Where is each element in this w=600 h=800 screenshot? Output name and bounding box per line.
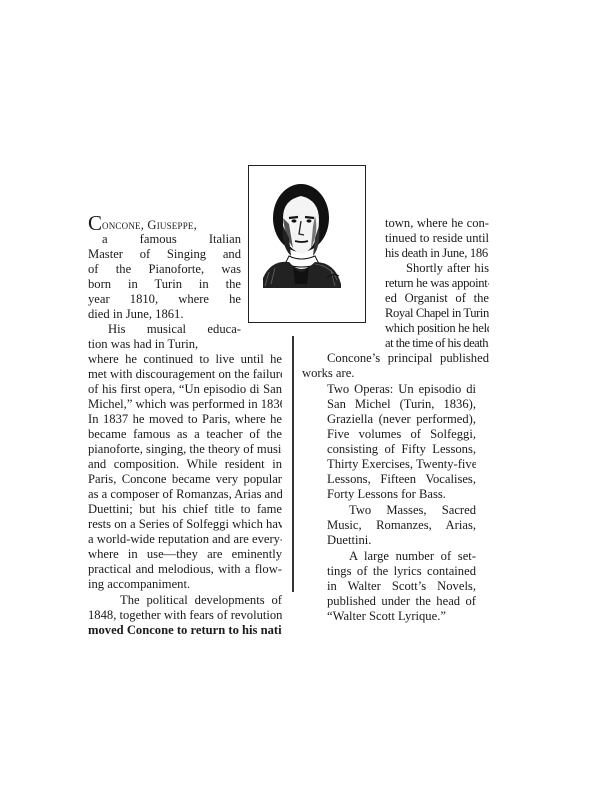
masses-line: Two Masses, Sacred bbox=[349, 503, 476, 518]
left-line: In 1837 he moved to Paris, where he bbox=[88, 412, 282, 427]
right-line: return he was appoint- bbox=[385, 276, 489, 291]
left-line: of his first opera, “Un episodio di San bbox=[88, 382, 282, 397]
left-line: and composition. While resident in bbox=[88, 457, 282, 472]
left-line: The political developments of bbox=[120, 593, 282, 608]
works-list-line: Forty Lessons for Bass. bbox=[327, 487, 476, 502]
right-line: tinued to reside until bbox=[385, 231, 489, 246]
works-list-line: Five volumes of Solfeggi, bbox=[327, 427, 476, 442]
left-line: a famous Italian bbox=[102, 232, 241, 247]
left-line: Paris, Concone became very popular bbox=[88, 472, 282, 487]
right-line: his death in June, 1861. bbox=[385, 246, 489, 261]
left-line: ing accompaniment. bbox=[88, 577, 282, 592]
left-line: Master of Singing and bbox=[88, 247, 241, 262]
left-line: rests on a Series of Solfeggi which have bbox=[88, 517, 282, 532]
works-list-line: San Michel (Turin, 1836), bbox=[327, 397, 476, 412]
scott-line: “Walter Scott Lyrique.” bbox=[327, 609, 476, 624]
left-line: moved Concone to return to his native bbox=[88, 623, 282, 638]
scott-line: tings of the lyrics contained bbox=[327, 564, 476, 579]
right-line: town, where he con- bbox=[385, 216, 489, 231]
works-list-line: consisting of Fifty Lessons, bbox=[327, 442, 476, 457]
encyclopedia-page: Concone, Giuseppe, a famous Italian Mast… bbox=[0, 0, 600, 800]
portrait-engraving-icon bbox=[249, 166, 364, 321]
works-intro-line: Concone’s principal published bbox=[327, 351, 489, 366]
left-line: of the Pianoforte, was bbox=[88, 262, 241, 277]
left-line: as a composer of Romanzas, Arias and bbox=[88, 487, 282, 502]
right-line: ed Organist of the bbox=[385, 291, 489, 306]
left-line: Duettini; but his chief title to fame bbox=[88, 502, 282, 517]
works-list-line: Thirty Exercises, Twenty-five bbox=[327, 457, 476, 472]
left-line: Michel,” which was performed in 1836. bbox=[88, 397, 282, 412]
left-line: became famous as a teacher of the bbox=[88, 427, 282, 442]
right-line: Royal Chapel in Turin, bbox=[385, 306, 489, 321]
left-line: tion was had in Turin, bbox=[88, 337, 241, 352]
works-list-line: Lessons, Fifteen Vocalises, bbox=[327, 472, 476, 487]
dropcap-letter: C bbox=[88, 216, 102, 233]
left-line: pianoforte, singing, the theory of music bbox=[88, 442, 282, 457]
left-line: where he continued to live until he bbox=[88, 352, 282, 367]
masses-line: Music, Romanzes, Arias, bbox=[327, 518, 476, 533]
works-list-line: Two Operas: Un episodio di bbox=[327, 382, 476, 397]
left-line: 1848, together with fears of revolution, bbox=[88, 608, 282, 623]
right-line: Shortly after his bbox=[406, 261, 489, 276]
headword-text: oncone, Giuseppe, bbox=[102, 218, 197, 232]
left-line: where in use—they are eminently bbox=[88, 547, 282, 562]
portrait-image bbox=[248, 165, 366, 323]
masses-line: Duettini. bbox=[327, 533, 476, 548]
works-list-line: Graziella (never performed), bbox=[327, 412, 476, 427]
works-intro-line: works are. bbox=[302, 366, 489, 381]
left-line: died in June, 1861. bbox=[88, 307, 241, 322]
right-line: at the time of his death. bbox=[385, 336, 489, 351]
scott-line: published under the head of bbox=[327, 594, 476, 609]
scott-line: A large number of set- bbox=[349, 549, 476, 564]
scott-line: in Walter Scott’s Novels, bbox=[327, 579, 476, 594]
right-line: which position he held bbox=[385, 321, 489, 336]
left-line: year 1810, where he bbox=[88, 292, 241, 307]
column-divider bbox=[292, 336, 294, 592]
left-line: practical and melodious, with a flow- bbox=[88, 562, 282, 577]
entry-headword: Concone, Giuseppe, bbox=[88, 216, 244, 233]
left-line: His musical educa- bbox=[108, 322, 241, 337]
left-line: met with discouragement on the failure bbox=[88, 367, 282, 382]
left-line: a world-wide reputation and are every- bbox=[88, 532, 282, 547]
left-line: born in Turin in the bbox=[88, 277, 241, 292]
